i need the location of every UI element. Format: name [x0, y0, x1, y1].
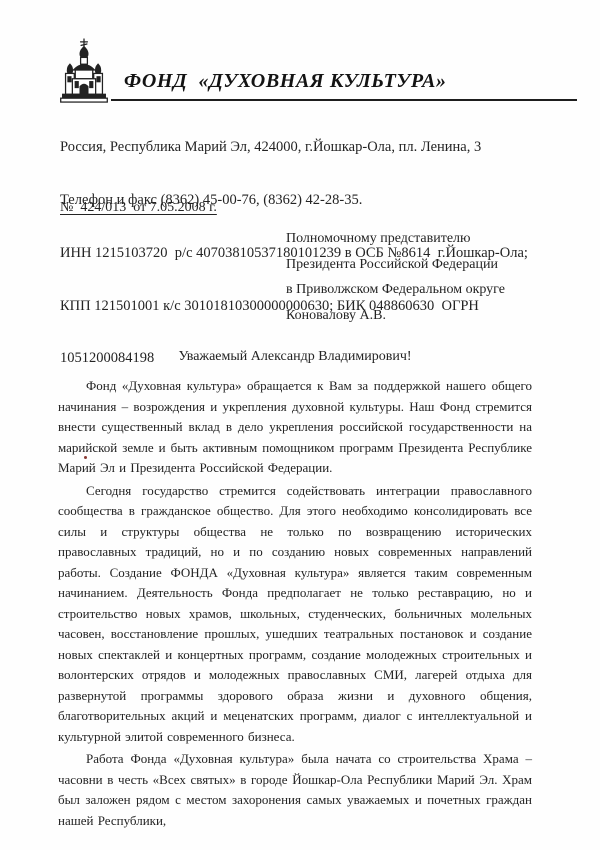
- recipient-line: Коновалову А.В.: [286, 303, 556, 329]
- recipient-block: Полномочному представителю Президента Ро…: [286, 226, 556, 328]
- salutation: Уважаемый Александр Владимирович!: [58, 349, 532, 365]
- body-paragraph: Фонд «Духовная культура» обращается к Ва…: [58, 376, 532, 479]
- orthodox-church-icon: [58, 38, 110, 104]
- letter-body: Фонд «Духовная культура» обращается к Ва…: [58, 376, 532, 833]
- recipient-line: Полномочному представителю: [286, 226, 556, 252]
- letterhead-rule: [111, 99, 577, 101]
- body-paragraph: Сегодня государство стремится содействов…: [58, 481, 532, 748]
- recipient-line: Президента Российской Федерации: [286, 252, 556, 278]
- letterhead-address-line: Россия, Республика Марий Эл, 424000, г.Й…: [60, 139, 560, 157]
- body-paragraph: Работа Фонда «Духовная культура» была на…: [58, 749, 532, 831]
- scan-speck: [84, 456, 87, 459]
- reference-number-line: № 424/013 от 7.05.2008 г.: [60, 200, 217, 216]
- scanned-letter-page: ФОНД «ДУХОВНАЯ КУЛЬТУРА» Россия, Республ…: [0, 0, 600, 850]
- org-title: ФОНД «ДУХОВНАЯ КУЛЬТУРА»: [124, 70, 447, 93]
- recipient-line: в Приволжском Федеральном округе: [286, 277, 556, 303]
